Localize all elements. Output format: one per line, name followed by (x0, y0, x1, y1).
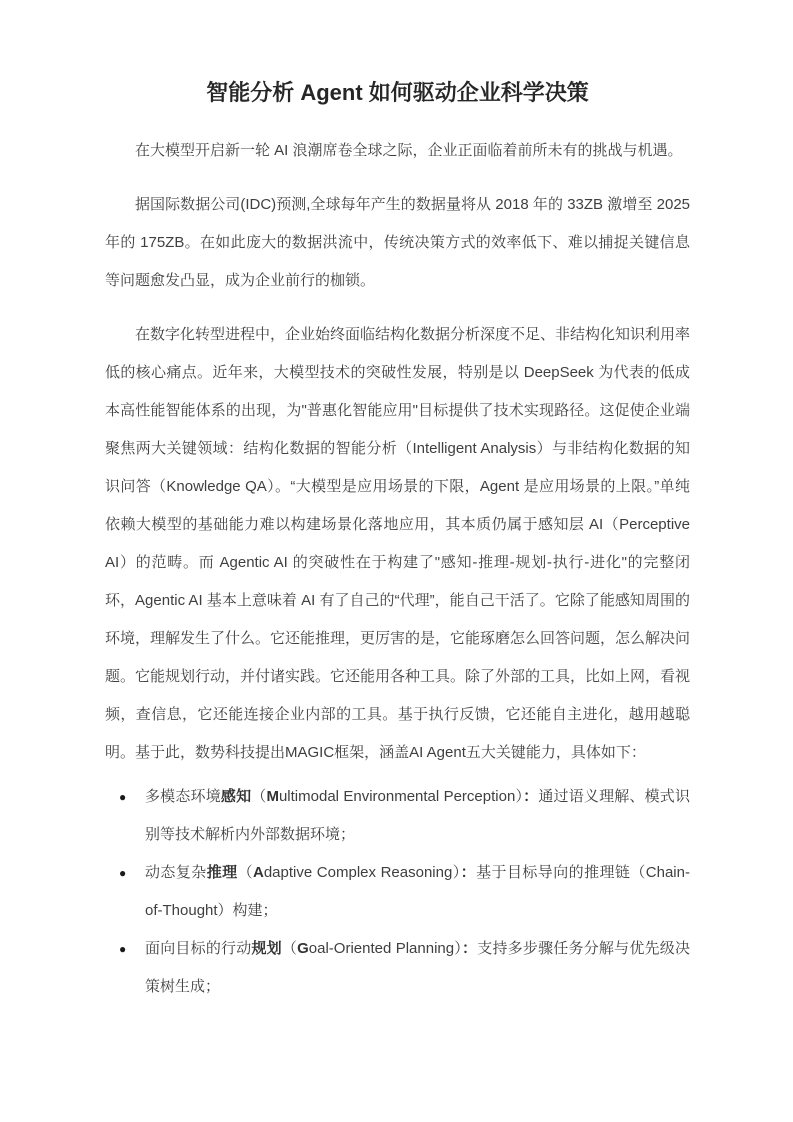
text-run-bold: 规划 (251, 940, 281, 957)
list-item-reasoning: ● 动态复杂推理（Adaptive Complex Reasoning）：基于目… (105, 854, 690, 930)
text-run-bold: 推理 (207, 864, 238, 881)
text-run: （ (251, 788, 266, 805)
bullet-icon: ● (119, 930, 126, 968)
magic-capabilities-list: ● 多模态环境感知（Multimodal Environmental Perce… (105, 778, 690, 1006)
text-run: 面向目标的行动 (145, 940, 251, 957)
text-run: （ (282, 940, 297, 957)
text-run: 多模态环境 (145, 788, 221, 805)
text-run-bold: M (266, 788, 279, 805)
text-run: ultimodal Environmental Perception） (279, 788, 523, 805)
intro-paragraph: 在大模型开启新一轮 AI 浪潮席卷全球之际，企业正面临着前所未有的挑战与机遇。 (105, 132, 690, 170)
text-run-bold: A (253, 864, 264, 881)
text-run-bold: ： (461, 864, 476, 881)
page-title: 智能分析 Agent 如何驱动企业科学决策 (105, 78, 690, 108)
text-run-bold: ： (462, 940, 477, 957)
list-item-planning: ● 面向目标的行动规划（Goal-Oriented Planning）：支持多步… (105, 930, 690, 1006)
text-run: oal-Oriented Planning） (309, 940, 462, 957)
bullet-icon: ● (119, 854, 126, 892)
text-run: （ (238, 864, 253, 881)
document-page: 智能分析 Agent 如何驱动企业科学决策 在大模型开启新一轮 AI 浪潮席卷全… (0, 0, 793, 1122)
bullet-icon: ● (119, 778, 126, 816)
list-item-perception: ● 多模态环境感知（Multimodal Environmental Perce… (105, 778, 690, 854)
text-run: daptive Complex Reasoning） (264, 864, 461, 881)
text-run-bold: ： (523, 788, 538, 805)
agentic-ai-paragraph: 在数字化转型进程中，企业始终面临结构化数据分析深度不足、非结构化知识利用率低的核… (105, 316, 690, 772)
text-run-bold: G (297, 940, 309, 957)
idc-data-paragraph: 据国际数据公司(IDC)预测,全球每年产生的数据量将从 2018 年的 33ZB… (105, 186, 690, 300)
text-run: 动态复杂 (145, 864, 207, 881)
text-run-bold: 感知 (221, 788, 251, 805)
